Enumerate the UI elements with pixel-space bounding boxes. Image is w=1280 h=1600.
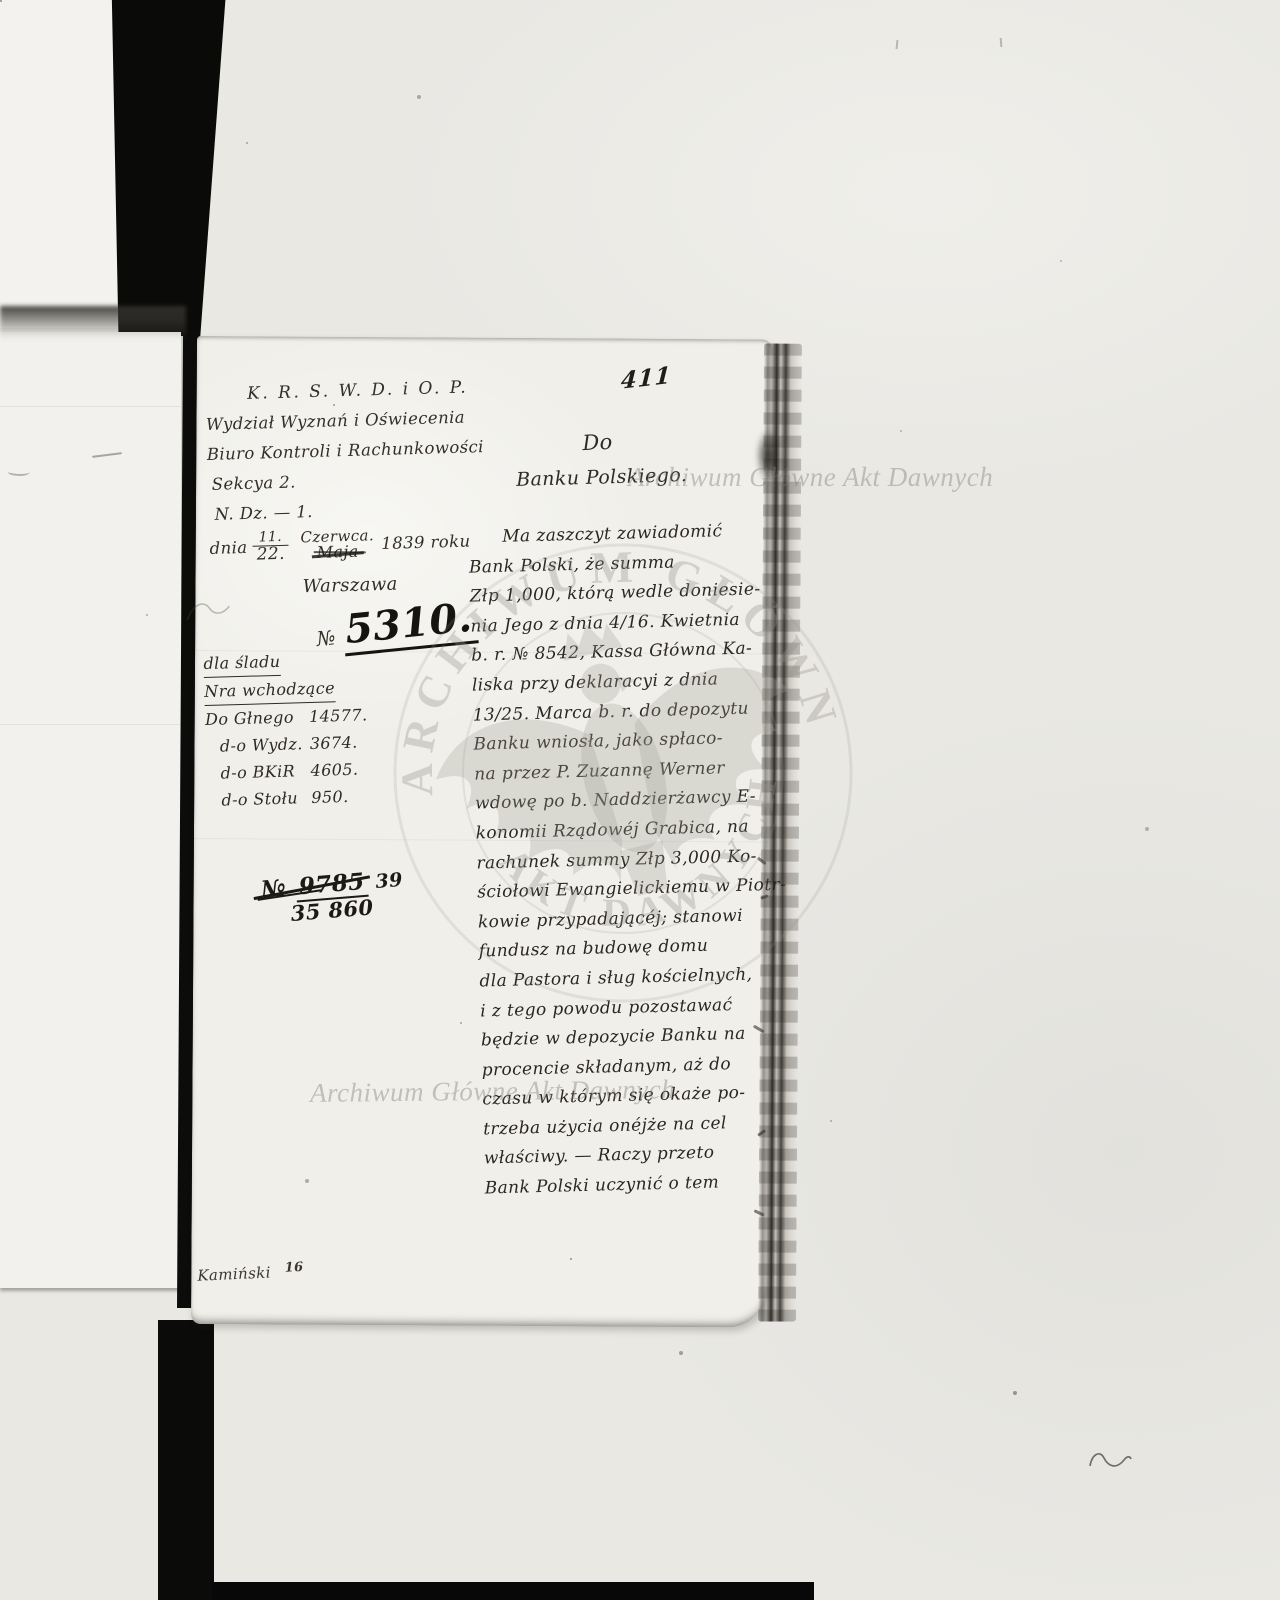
stray-ink-mark (92, 452, 122, 458)
microfilm-scan: 411 K. R. S. W. D. i O. P. Wydział Wyzna… (0, 0, 1280, 1600)
entry-value: 14577. (309, 701, 368, 730)
date-year: 1839 roku (381, 526, 471, 559)
archive-watermark-text: Archiwum Główne Akt Dawnych (310, 1074, 676, 1109)
entry-value: 4605. (310, 756, 359, 784)
date-day-old: 22. (252, 545, 289, 564)
registry-note: №978539 35 860 (260, 865, 406, 928)
page-number: 411 (620, 362, 672, 395)
signature-mark: 16 (284, 1260, 304, 1276)
date-day-fraction: 11. 22. (252, 530, 289, 565)
film-gap-top (100, 0, 232, 336)
registry-suffix: 39 (375, 869, 404, 893)
clerk-signature: Kamiński16 (197, 1262, 304, 1285)
archive-watermark-text: Archiwum Główne Akt Dawnych (628, 462, 993, 493)
film-gap-bottom (158, 1320, 214, 1600)
stray-mark (1086, 1446, 1134, 1474)
film-scratch (896, 40, 899, 49)
salutation-do: Do (582, 430, 613, 455)
side-note-title: dla śladu (203, 648, 281, 678)
page-crease (0, 406, 181, 407)
side-note: dla śladu Nra wchodzące Do Głnego 14577.… (203, 645, 370, 814)
entry-label: d-o Wydz. (205, 730, 310, 760)
side-note-row: d-o Stołu 950. (207, 782, 370, 814)
dust-specks (0, 0, 2, 2)
blank-facing-page (0, 332, 181, 1288)
date-month: Czerwca. Maja (300, 528, 375, 563)
entry-label: d-o BKiR (206, 757, 311, 787)
entry-label: d-o Stołu (207, 784, 312, 814)
pencil-mark (183, 594, 233, 628)
film-edge-bottom (212, 1582, 814, 1600)
date-line: dnia 11. 22. Czerwca. Maja 1839 roku (209, 524, 490, 566)
side-note-subtitle: Nra wchodzące (204, 674, 335, 706)
signature-name: Kamiński (197, 1263, 271, 1284)
entry-value: 3674. (309, 729, 358, 757)
date-prefix: dnia (209, 533, 248, 564)
letter-line: Bank Polski uczynić o tem (484, 1167, 790, 1204)
film-scratch (1000, 38, 1003, 47)
entry-value: 950. (311, 783, 349, 811)
adjacent-page-fragment (0, 0, 124, 328)
page-edge-shadow (0, 306, 186, 340)
entry-label: Do Głnego (205, 703, 310, 733)
page-crease (0, 724, 181, 725)
registry-number: 9785 (295, 868, 369, 903)
date-day-new: 11. (254, 530, 286, 545)
stray-ink-mark (8, 467, 31, 477)
date-month-struck: Maja (316, 544, 358, 562)
